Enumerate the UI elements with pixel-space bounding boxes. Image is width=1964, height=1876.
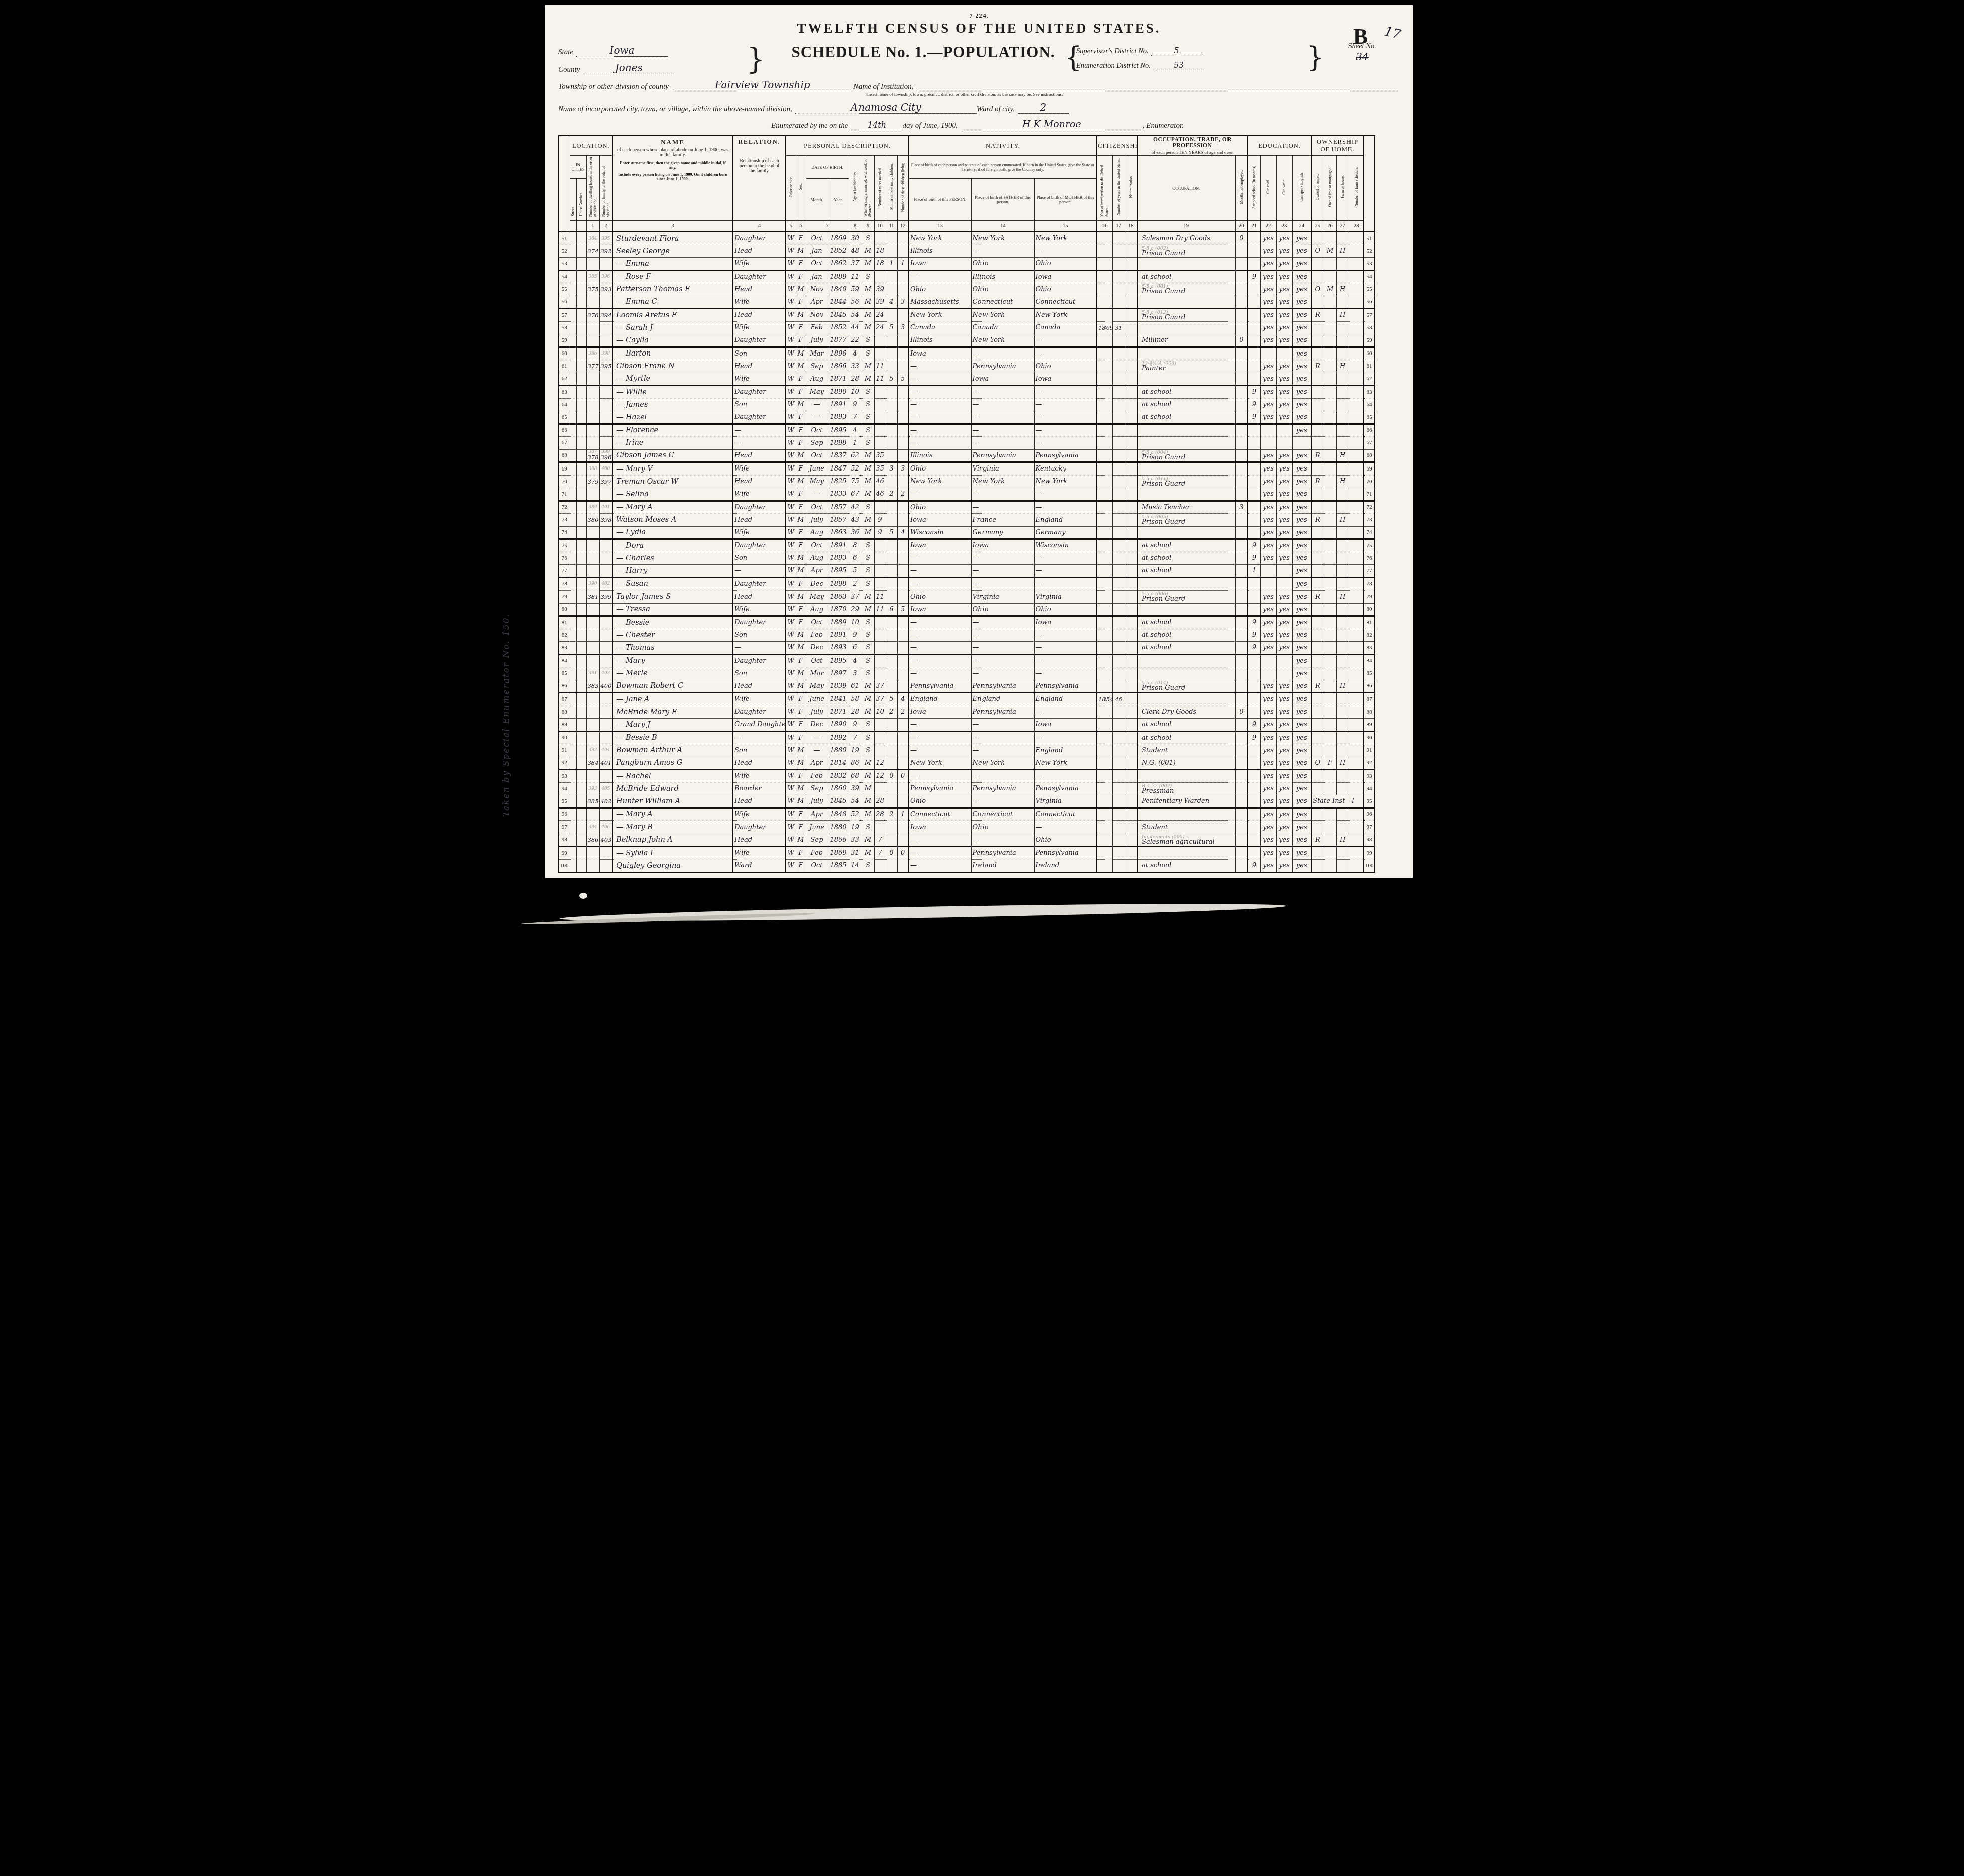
free-mortgaged xyxy=(1324,501,1336,514)
dwelling-number: 391 xyxy=(586,667,599,680)
years-married: 9 xyxy=(874,514,886,527)
person-row: 99— Sylvia IWifeWFFeb186931M700—Pennsylv… xyxy=(559,847,1375,860)
occupation: at school xyxy=(1137,539,1235,552)
relation: — xyxy=(733,642,786,655)
age: 39 xyxy=(849,782,862,795)
occupation xyxy=(1137,373,1235,386)
person-row: 51384395Sturdevant FloraDaughterWFOct186… xyxy=(559,232,1375,245)
dwelling-head: Number of dwelling house, in the order o… xyxy=(586,156,599,221)
person-row: 81— BessieDaughterWFOct188910S——Iowaat s… xyxy=(559,616,1375,629)
house-number-head: House Number. xyxy=(576,179,586,221)
person-name: Watson Moses A xyxy=(612,514,733,527)
years-in-us xyxy=(1112,731,1125,744)
birthplace-mother: Iowa xyxy=(1034,719,1097,732)
line-number: 53 xyxy=(559,258,570,271)
birth-year: 1893 xyxy=(828,411,849,424)
owned-rented: R xyxy=(1311,514,1324,527)
mother-of-children xyxy=(886,565,897,578)
person-name: — Willie xyxy=(612,386,733,399)
sex-head: Sex. xyxy=(796,156,806,221)
can-speak-english: yes xyxy=(1292,680,1311,693)
line-number: 94 xyxy=(559,782,570,795)
birth-month: Sep xyxy=(806,782,828,795)
person-name: Treman Oscar W xyxy=(612,475,733,488)
family-number: 405 xyxy=(599,782,612,795)
title-row: TWELFTH CENSUS OF THE UNITED STATES. B 1… xyxy=(558,21,1400,36)
months-not-employed xyxy=(1235,462,1248,476)
dwelling-number: 375 xyxy=(586,283,599,296)
years-in-us xyxy=(1112,514,1125,527)
children-living: 4 xyxy=(897,526,909,539)
mother-of-children xyxy=(886,834,897,847)
color-race: W xyxy=(786,795,796,808)
marital-status: S xyxy=(862,398,874,411)
owned-rented: R xyxy=(1311,449,1324,462)
immigration-year xyxy=(1097,526,1112,539)
dwelling-number: 376 xyxy=(586,309,599,322)
person-row: 89— Mary JGrand DaughterWFDec18909S——Iow… xyxy=(559,719,1375,732)
free-mortgaged xyxy=(1324,859,1336,872)
house-number-cell xyxy=(576,526,586,539)
color-race: W xyxy=(786,347,796,360)
can-write: yes xyxy=(1276,744,1292,757)
years-in-us xyxy=(1112,360,1125,373)
color-race: W xyxy=(786,565,796,578)
age: 48 xyxy=(849,245,862,258)
naturalization xyxy=(1125,501,1137,514)
person-name: Gibson Frank N xyxy=(612,360,733,373)
can-read xyxy=(1260,424,1276,437)
can-read: yes xyxy=(1260,719,1276,732)
line-number: 68 xyxy=(559,449,570,462)
supervisor-district-value: 5 xyxy=(1151,46,1202,56)
sex: F xyxy=(796,654,806,667)
birthplace-person: Iowa xyxy=(909,821,971,834)
owned-rented xyxy=(1311,296,1324,309)
years-in-us xyxy=(1112,603,1125,616)
age: 37 xyxy=(849,591,862,604)
attended-school xyxy=(1248,577,1260,591)
months-not-employed xyxy=(1235,283,1248,296)
line-number: 92 xyxy=(1364,757,1375,770)
birth-month: July xyxy=(806,706,828,719)
birthplace-father: Canada xyxy=(971,321,1034,334)
farm-schedule-number xyxy=(1349,501,1364,514)
family-number: 401 xyxy=(599,501,612,514)
birthplace-mother: — xyxy=(1034,654,1097,667)
marital-status: S xyxy=(862,501,874,514)
years-in-us xyxy=(1112,808,1125,821)
immigration-head: Year of immigration to the United States… xyxy=(1097,156,1112,221)
farm-schedule-number xyxy=(1349,411,1364,424)
township-label: Township or other division of county xyxy=(558,83,669,91)
birthplace-mother: Kentucky xyxy=(1034,462,1097,476)
immigration-year xyxy=(1097,296,1112,309)
farm-schedule-number xyxy=(1349,270,1364,283)
birthplace-person: Illinois xyxy=(909,245,971,258)
person-name: — Mary B xyxy=(612,821,733,834)
farm-schedule-number xyxy=(1349,232,1364,245)
color-race: W xyxy=(786,770,796,783)
person-name: — Mary A xyxy=(612,808,733,821)
can-read: yes xyxy=(1260,270,1276,283)
years-married: 37 xyxy=(874,680,886,693)
can-write: yes xyxy=(1276,514,1292,527)
free-mortgaged xyxy=(1324,667,1336,680)
line-number: 85 xyxy=(1364,667,1375,680)
can-speak-head: Can speak English. xyxy=(1292,156,1311,221)
birthplace-person: Illinois xyxy=(909,334,971,347)
farm-schedule-number xyxy=(1349,347,1364,360)
immigration-year xyxy=(1097,821,1112,834)
color-race: W xyxy=(786,296,796,309)
free-mortgaged xyxy=(1324,296,1336,309)
birthplace-father: France xyxy=(971,514,1034,527)
age: 19 xyxy=(849,744,862,757)
age: 43 xyxy=(849,514,862,527)
color-race: W xyxy=(786,488,796,501)
birth-month: July xyxy=(806,514,828,527)
mother-of-children: 0 xyxy=(886,770,897,783)
farm-house xyxy=(1336,488,1349,501)
sex: F xyxy=(796,731,806,744)
line-number: 61 xyxy=(559,360,570,373)
can-read: yes xyxy=(1260,552,1276,565)
house-number-cell xyxy=(576,667,586,680)
years-married: 11 xyxy=(874,591,886,604)
birth-year: 1845 xyxy=(828,309,849,322)
occupation: at school xyxy=(1137,731,1235,744)
years-in-us xyxy=(1112,616,1125,629)
line-number: 69 xyxy=(1364,462,1375,476)
free-mortgaged xyxy=(1324,847,1336,860)
years-married xyxy=(874,731,886,744)
months-not-employed xyxy=(1235,565,1248,578)
colnum-5: 5 xyxy=(786,221,796,232)
farm-schedule-number xyxy=(1349,603,1364,616)
years-in-us xyxy=(1112,782,1125,795)
birth-month: Aug xyxy=(806,603,828,616)
enumerated-prefix: Enumerated by me on the xyxy=(771,122,848,130)
in-cities-head: IN CITIES. xyxy=(570,156,586,179)
line-number: 56 xyxy=(559,296,570,309)
months-not-employed xyxy=(1235,526,1248,539)
years-in-us xyxy=(1112,629,1125,642)
immigration-year xyxy=(1097,360,1112,373)
person-name: — Charles xyxy=(612,552,733,565)
years-in-us: 31 xyxy=(1112,321,1125,334)
free-mortgaged xyxy=(1324,309,1336,322)
color-race: W xyxy=(786,245,796,258)
birth-month: Oct xyxy=(806,539,828,552)
children-living: 1 xyxy=(897,808,909,821)
mother-of-children xyxy=(886,386,897,399)
attended-school xyxy=(1248,795,1260,808)
mother-of-children xyxy=(886,475,897,488)
dwelling-number xyxy=(586,386,599,399)
street-cell xyxy=(570,373,576,386)
birth-year: 1898 xyxy=(828,577,849,591)
birthplace-mother: — xyxy=(1034,386,1097,399)
can-write xyxy=(1276,654,1292,667)
can-speak-english: yes xyxy=(1292,859,1311,872)
naturalization xyxy=(1125,603,1137,616)
years-married xyxy=(874,501,886,514)
birthplace-father: — xyxy=(971,731,1034,744)
birthplace-person: Wisconsin xyxy=(909,526,971,539)
street-cell xyxy=(570,283,576,296)
margin-note: Taken by Special Enumerator No. 150. xyxy=(501,613,511,817)
years-married xyxy=(874,424,886,437)
marital-status: S xyxy=(862,667,874,680)
house-number-cell xyxy=(576,437,586,450)
name-title: NAME xyxy=(616,138,729,146)
birth-month: Nov xyxy=(806,283,828,296)
birthplace-father: England xyxy=(971,693,1034,706)
birth-year: 1891 xyxy=(828,539,849,552)
years-married xyxy=(874,782,886,795)
can-speak-english: yes xyxy=(1292,731,1311,744)
birthplace-person: Ohio xyxy=(909,795,971,808)
free-mortgaged xyxy=(1324,603,1336,616)
free-mortgaged xyxy=(1324,591,1336,604)
enumerated-row: Enumerated by me on the 14th day of June… xyxy=(558,119,1400,130)
years-married: 46 xyxy=(874,488,886,501)
can-write: yes xyxy=(1276,296,1292,309)
owned-rented: R xyxy=(1311,360,1324,373)
children-living xyxy=(897,232,909,245)
relation: Daughter xyxy=(733,706,786,719)
colnum-22: 22 xyxy=(1260,221,1276,232)
birthplace-person: — xyxy=(909,859,971,872)
enumerated-day: 14th xyxy=(851,120,902,130)
farm-schedule-number xyxy=(1349,706,1364,719)
children-living xyxy=(897,731,909,744)
person-row: 53— EmmaWifeWFOct186237M1811IowaOhioOhio… xyxy=(559,258,1375,271)
birth-year: 1857 xyxy=(828,514,849,527)
house-number-cell xyxy=(576,488,586,501)
months-not-employed: 0 xyxy=(1235,334,1248,347)
can-read xyxy=(1260,437,1276,450)
person-name: Patterson Thomas E xyxy=(612,283,733,296)
months-not-employed xyxy=(1235,680,1248,693)
years-married xyxy=(874,347,886,360)
birth-month: Feb xyxy=(806,321,828,334)
owned-rented: R xyxy=(1311,834,1324,847)
immigration-year xyxy=(1097,719,1112,732)
birthplace-mother: Ireland xyxy=(1034,859,1097,872)
person-row: 55375393Patterson Thomas EHeadWMNov18405… xyxy=(559,283,1375,296)
free-mortgaged xyxy=(1324,437,1336,450)
can-write: yes xyxy=(1276,719,1292,732)
farm-house-head: Farm or house. xyxy=(1336,156,1349,221)
birth-month: Apr xyxy=(806,296,828,309)
schedule-row: State Iowa County Jones } SCHEDULE No. 1… xyxy=(558,39,1400,74)
can-read: yes xyxy=(1260,386,1276,399)
line-number: 67 xyxy=(559,437,570,450)
street-cell xyxy=(570,552,576,565)
birthplace-father: — xyxy=(971,616,1034,629)
birth-month: Aug xyxy=(806,373,828,386)
marital-status: M xyxy=(862,706,874,719)
immigration-year: 1869 xyxy=(1097,321,1112,334)
person-name: — James xyxy=(612,398,733,411)
age: 6 xyxy=(849,642,862,655)
can-read: yes xyxy=(1260,616,1276,629)
birthplace-person: — xyxy=(909,577,971,591)
colnum-19: 19 xyxy=(1137,221,1235,232)
birthplace-person: — xyxy=(909,616,971,629)
years-in-us xyxy=(1112,719,1125,732)
person-row: 98386403Belknap John AHeadWMSep186633M7—… xyxy=(559,834,1375,847)
age: 33 xyxy=(849,360,862,373)
color-race: W xyxy=(786,731,796,744)
birth-year: 1870 xyxy=(828,603,849,616)
sex: F xyxy=(796,373,806,386)
mother-of-children xyxy=(886,501,897,514)
enumeration-district-value: 53 xyxy=(1153,60,1204,70)
birth-year: 1898 xyxy=(828,437,849,450)
colnum-27: 27 xyxy=(1336,221,1349,232)
street-cell xyxy=(570,795,576,808)
street-cell xyxy=(570,386,576,399)
sex: F xyxy=(796,270,806,283)
family-number xyxy=(599,706,612,719)
years-in-us xyxy=(1112,258,1125,271)
immigration-year xyxy=(1097,744,1112,757)
months-not-employed xyxy=(1235,629,1248,642)
can-speak-english: yes xyxy=(1292,270,1311,283)
free-mortgaged xyxy=(1324,654,1336,667)
birthplace-mother: England xyxy=(1034,693,1097,706)
name-desc: of each person whose place of abode on J… xyxy=(616,148,729,158)
line-number: 92 xyxy=(559,757,570,770)
person-row: 87— Jane AWifeWFJune184158M3754EnglandEn… xyxy=(559,693,1375,706)
free-mortgaged xyxy=(1324,782,1336,795)
dwelling-number xyxy=(586,411,599,424)
line-number: 98 xyxy=(1364,834,1375,847)
can-write: yes xyxy=(1276,782,1292,795)
can-write: yes xyxy=(1276,706,1292,719)
relation: Son xyxy=(733,347,786,360)
owned-rented xyxy=(1311,437,1324,450)
age: 9 xyxy=(849,629,862,642)
can-speak-english: yes xyxy=(1292,449,1311,462)
mother-of-children xyxy=(886,449,897,462)
family-number xyxy=(599,859,612,872)
family-number: 395 xyxy=(599,232,612,245)
can-write: yes xyxy=(1276,475,1292,488)
years-married: 24 xyxy=(874,309,886,322)
birthplace-father: New York xyxy=(971,334,1034,347)
farm-house: H xyxy=(1336,834,1349,847)
naturalization xyxy=(1125,834,1137,847)
age: 29 xyxy=(849,603,862,616)
owned-rented xyxy=(1311,334,1324,347)
children-living xyxy=(897,680,909,693)
relation: Wife xyxy=(733,808,786,821)
color-race: W xyxy=(786,552,796,565)
marital-status: M xyxy=(862,373,874,386)
marital-status: S xyxy=(862,565,874,578)
birthplace-mother: Wisconsin xyxy=(1034,539,1097,552)
can-write xyxy=(1276,424,1292,437)
naturalization xyxy=(1125,334,1137,347)
birthplace-person: Ohio xyxy=(909,591,971,604)
family-number xyxy=(599,770,612,783)
mother-of-children xyxy=(886,744,897,757)
page-letter: B xyxy=(1353,24,1368,49)
months-not-employed xyxy=(1235,654,1248,667)
color-head: Color or race. xyxy=(786,156,796,221)
years-married xyxy=(874,654,886,667)
line-number: 55 xyxy=(559,283,570,296)
owned-rented xyxy=(1311,258,1324,271)
months-not-employed xyxy=(1235,603,1248,616)
birth-year: 1897 xyxy=(828,667,849,680)
relation: Daughter xyxy=(733,821,786,834)
birthplace-mother: — xyxy=(1034,577,1097,591)
person-row: 58— Sarah JWifeWFFeb185244M2453CanadaCan… xyxy=(559,321,1375,334)
sex: F xyxy=(796,296,806,309)
can-write: yes xyxy=(1276,770,1292,783)
attended-school: 1 xyxy=(1248,565,1260,578)
years-married xyxy=(874,437,886,450)
years-married: 12 xyxy=(874,757,886,770)
immigration-year xyxy=(1097,488,1112,501)
can-write: yes xyxy=(1276,629,1292,642)
sex: M xyxy=(796,552,806,565)
birth-year: 1847 xyxy=(828,462,849,476)
naturalization xyxy=(1125,629,1137,642)
can-read: yes xyxy=(1260,744,1276,757)
years-married xyxy=(874,565,886,578)
sex: F xyxy=(796,321,806,334)
months-not-employed: 0 xyxy=(1235,232,1248,245)
line-number: 78 xyxy=(1364,577,1375,591)
mother-of-children xyxy=(886,629,897,642)
mother-of-children: 6 xyxy=(886,603,897,616)
birthplace-father: Pennsylvania xyxy=(971,360,1034,373)
color-race: W xyxy=(786,744,796,757)
attended-school xyxy=(1248,373,1260,386)
children-living xyxy=(897,514,909,527)
attended-school xyxy=(1248,706,1260,719)
immigration-year xyxy=(1097,603,1112,616)
name-instruction-2: Include every person living on June 1, 1… xyxy=(616,172,729,181)
can-write: yes xyxy=(1276,616,1292,629)
can-read: yes xyxy=(1260,334,1276,347)
marital-status: S xyxy=(862,232,874,245)
relation: Wife xyxy=(733,488,786,501)
birthplace-person: New York xyxy=(909,757,971,770)
immigration-year xyxy=(1097,859,1112,872)
farm-schedule-number xyxy=(1349,424,1364,437)
dwelling-number xyxy=(586,296,599,309)
mother-of-children xyxy=(886,616,897,629)
can-speak-english: yes xyxy=(1292,539,1311,552)
free-mortgaged xyxy=(1324,744,1336,757)
colnum-21: 21 xyxy=(1248,221,1260,232)
person-row: 86383400Bowman Robert CHeadWMMay183961M3… xyxy=(559,680,1375,693)
years-married xyxy=(874,642,886,655)
line-number: 73 xyxy=(1364,514,1375,527)
house-number-cell xyxy=(576,680,586,693)
birth-year: 1871 xyxy=(828,706,849,719)
color-race: W xyxy=(786,514,796,527)
free-mortgaged xyxy=(1324,642,1336,655)
birthplace-mother: — xyxy=(1034,731,1097,744)
